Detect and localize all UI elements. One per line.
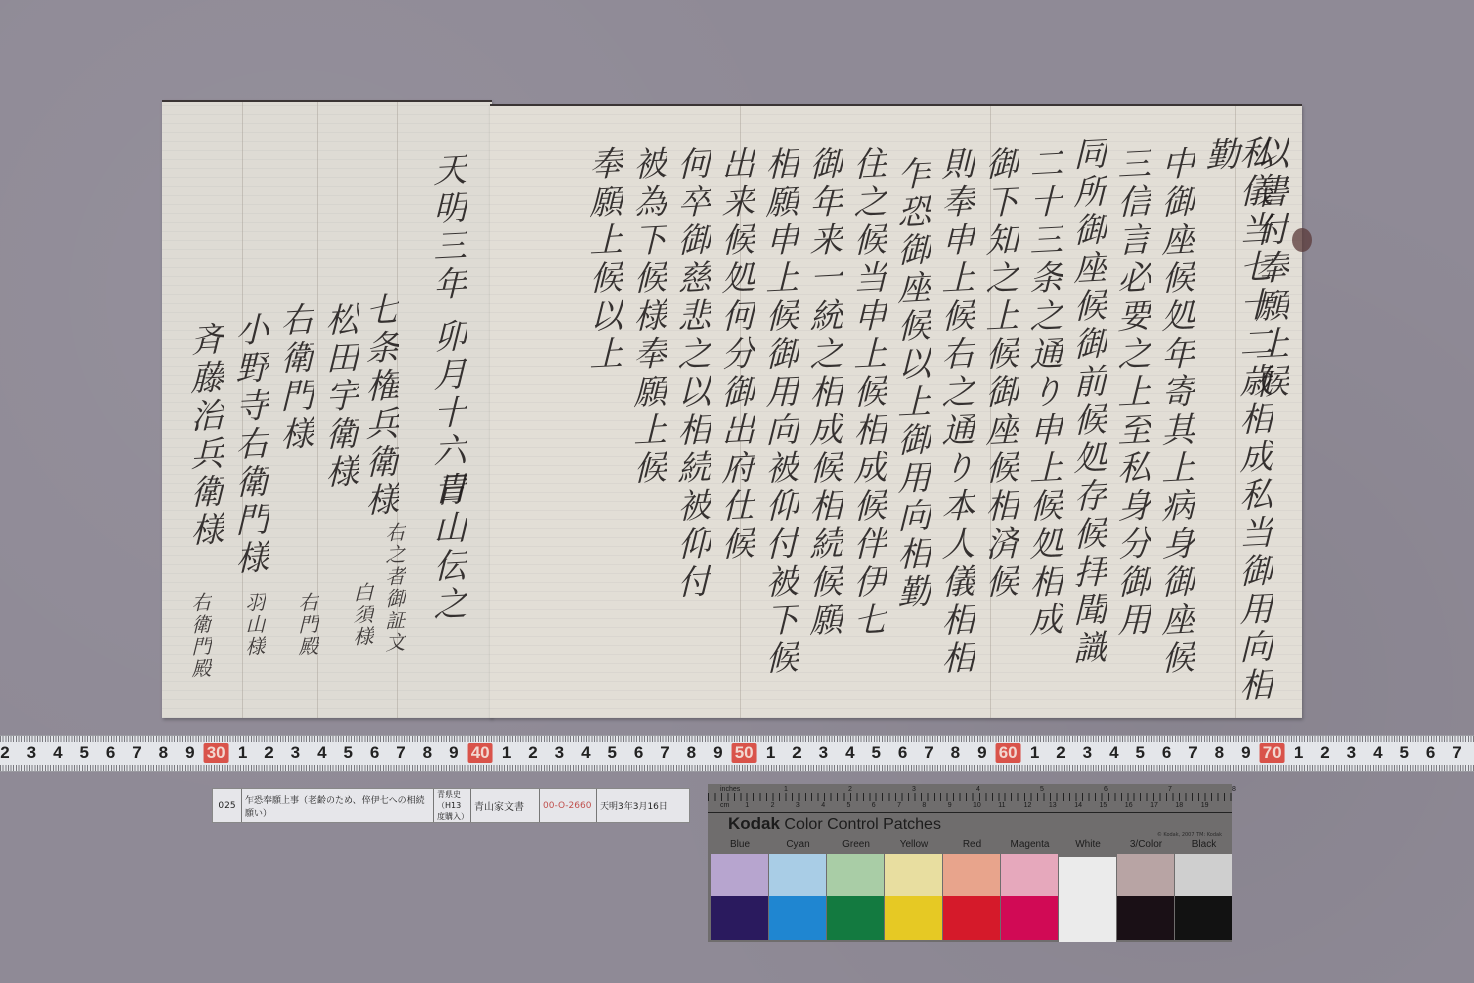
document-text-column: 三信言必要之上至私身分御用 bbox=[1114, 145, 1148, 641]
catalog-date: 天明3年3月16日 bbox=[597, 789, 689, 822]
color-patch-light bbox=[711, 854, 768, 896]
cm-tick: 6 bbox=[872, 802, 876, 809]
ruler-number: 1 bbox=[502, 743, 511, 763]
cm-tick: 14 bbox=[1074, 802, 1082, 809]
ruler-number: 2 bbox=[1320, 743, 1329, 763]
ruler-number: 6 bbox=[106, 743, 115, 763]
patch-label: Blue bbox=[711, 839, 769, 850]
document-text-column: 二十三条之通り申上候処相成 bbox=[1026, 145, 1060, 641]
ruler-number: 40 bbox=[468, 743, 493, 763]
ruler-number: 5 bbox=[1135, 743, 1144, 763]
cm-tick: 15 bbox=[1100, 802, 1108, 809]
cm-tick: 4 bbox=[821, 802, 825, 809]
ruler-number: 4 bbox=[845, 743, 854, 763]
ruler-number: 2 bbox=[792, 743, 801, 763]
patch-label: Magenta bbox=[1001, 839, 1059, 850]
inch-tick: 2 bbox=[848, 786, 852, 793]
ruler-number: 2 bbox=[528, 743, 537, 763]
ruler-number: 1 bbox=[766, 743, 775, 763]
document-date-column: 天明三年 卯月十六日 bbox=[430, 151, 464, 510]
document-sheet-left: 天明三年 卯月十六日 青山伝之 七条権兵衛様 松田宇衛様 右衛門様 小野寺右衛門… bbox=[162, 100, 492, 718]
addressee: 右衛門様 bbox=[277, 301, 311, 455]
ruler-number: 8 bbox=[159, 743, 168, 763]
ruler-number: 9 bbox=[713, 743, 722, 763]
ruler-number: 7 bbox=[396, 743, 405, 763]
ruler-number: 3 bbox=[291, 743, 300, 763]
color-patch-dark bbox=[827, 896, 884, 940]
document-text-column: 乍恐御座候以上御用向相勤 bbox=[894, 155, 928, 613]
catalog-label: 025 乍恐奉願上事（老齢のため、倅伊七への相続願い） 青県史（H13度購入） … bbox=[212, 788, 690, 823]
color-patch-light bbox=[885, 854, 942, 896]
cm-tick: 1 bbox=[745, 802, 749, 809]
patch-label: Green bbox=[827, 839, 885, 850]
inch-tick: 8 bbox=[1232, 786, 1236, 793]
ruler-number: 6 bbox=[370, 743, 379, 763]
cm-tick: 18 bbox=[1175, 802, 1183, 809]
cm-tick: 3 bbox=[796, 802, 800, 809]
ruler-number: 6 bbox=[1162, 743, 1171, 763]
color-patch-dark bbox=[1117, 896, 1174, 940]
kodak-color-chart: inches12345678cm123456789101112131415161… bbox=[708, 784, 1232, 942]
ruler-number: 4 bbox=[581, 743, 590, 763]
addressee-note: 右之者御証文 bbox=[384, 521, 404, 654]
document-text-column: 奉願上候以上 bbox=[586, 145, 620, 375]
addressee: 小野寺右衛門様 bbox=[232, 311, 266, 579]
addressee: 七条権兵衛様 bbox=[362, 291, 396, 521]
ruler-number: 5 bbox=[871, 743, 880, 763]
cm-tick: cm bbox=[720, 802, 729, 809]
kodak-brand: Kodak bbox=[728, 814, 780, 833]
color-patch-light bbox=[1117, 854, 1174, 896]
ruler-number: 50 bbox=[732, 743, 757, 763]
ruler-number: 6 bbox=[634, 743, 643, 763]
addressee-note: 白須様 bbox=[352, 581, 372, 648]
patch-label: Cyan bbox=[769, 839, 827, 850]
ink-stain bbox=[1292, 228, 1312, 252]
cm-tick: 19 bbox=[1201, 802, 1209, 809]
document-text-column: 相願申上候御用向被仰付被下候 bbox=[762, 145, 796, 679]
inch-tick: 1 bbox=[784, 786, 788, 793]
ruler-number: 9 bbox=[977, 743, 986, 763]
color-patch-light bbox=[769, 854, 826, 896]
catalog-id: 00-O-2660 bbox=[540, 789, 597, 822]
ruler-number: 3 bbox=[555, 743, 564, 763]
catalog-collection: 青県史（H13度購入） bbox=[434, 789, 471, 822]
historical-document: 天明三年 卯月十六日 青山伝之 七条権兵衛様 松田宇衛様 右衛門様 小野寺右衛門… bbox=[162, 100, 1302, 720]
ruler-number: 7 bbox=[132, 743, 141, 763]
ruler-number: 5 bbox=[607, 743, 616, 763]
color-patch-dark bbox=[769, 896, 826, 940]
ruler-number: 5 bbox=[79, 743, 88, 763]
cm-tick: 13 bbox=[1049, 802, 1057, 809]
ruler-number: 3 bbox=[27, 743, 36, 763]
ruler-number: 9 bbox=[1241, 743, 1250, 763]
kodak-scale: inches12345678cm123456789101112131415161… bbox=[708, 784, 1232, 813]
ruler-number: 2 bbox=[264, 743, 273, 763]
document-text-column: 出来候処何分御出府仕候 bbox=[718, 145, 752, 565]
patch-label: Yellow bbox=[885, 839, 943, 850]
color-patch-dark bbox=[1175, 896, 1232, 940]
ruler-number: 1 bbox=[238, 743, 247, 763]
cm-tick: 9 bbox=[948, 802, 952, 809]
color-patch-light bbox=[1175, 854, 1232, 896]
measuring-ruler: 2345678930123456789401234567895012345678… bbox=[0, 735, 1474, 772]
ruler-number: 7 bbox=[1188, 743, 1197, 763]
color-patch-dark bbox=[1001, 896, 1058, 940]
cm-tick: 12 bbox=[1024, 802, 1032, 809]
cm-tick: 17 bbox=[1150, 802, 1158, 809]
document-text-column: 御年来一統之相成候相続候願 bbox=[806, 145, 840, 641]
ruler-number: 8 bbox=[1215, 743, 1224, 763]
document-text-column: 住之候当申上候相成候伴伊七 bbox=[850, 145, 884, 641]
document-sheet-right: 以書付奉願上候 私儀当七十二歳相成私当御用向相勤 中御座候処年寄其上病身御座候 … bbox=[490, 104, 1302, 718]
color-patch-dark bbox=[885, 896, 942, 940]
ruler-number: 4 bbox=[317, 743, 326, 763]
cm-tick: 8 bbox=[922, 802, 926, 809]
document-text-column: 則奉申上候右之通り本人儀相相 bbox=[938, 145, 972, 679]
cm-tick: 7 bbox=[897, 802, 901, 809]
ruler-number: 9 bbox=[449, 743, 458, 763]
ruler-number: 30 bbox=[204, 743, 229, 763]
color-patch-dark bbox=[943, 896, 1000, 940]
inch-tick: inches bbox=[720, 786, 740, 793]
inch-tick: 7 bbox=[1168, 786, 1172, 793]
color-patch-light bbox=[1001, 854, 1058, 896]
cm-tick: 11 bbox=[998, 802, 1005, 809]
catalog-source: 青山家文書 bbox=[471, 789, 540, 822]
color-patch-light bbox=[943, 854, 1000, 896]
ruler-number: 6 bbox=[1426, 743, 1435, 763]
document-text-column: 中御座候処年寄其上病身御座候 bbox=[1158, 145, 1192, 679]
cm-tick: 16 bbox=[1125, 802, 1133, 809]
color-patch-white bbox=[1059, 857, 1116, 942]
color-patch-dark bbox=[711, 896, 768, 940]
catalog-number: 025 bbox=[213, 789, 242, 822]
patch-label: Black bbox=[1175, 839, 1233, 850]
ruler-number: 3 bbox=[1347, 743, 1356, 763]
inch-tick: 4 bbox=[976, 786, 980, 793]
patch-label: Red bbox=[943, 839, 1001, 850]
ruler-number: 2 bbox=[1056, 743, 1065, 763]
color-patch-light bbox=[827, 854, 884, 896]
ruler-number: 1 bbox=[1294, 743, 1303, 763]
catalog-title: 乍恐奉願上事（老齢のため、倅伊七への相続願い） bbox=[242, 789, 434, 822]
cm-tick: 2 bbox=[771, 802, 775, 809]
kodak-chart-name: Color Control Patches bbox=[784, 816, 941, 833]
ruler-number: 9 bbox=[185, 743, 194, 763]
ruler-number: 2 bbox=[0, 743, 9, 763]
addressee-note: 右門殿 bbox=[297, 591, 317, 658]
ruler-number: 5 bbox=[1399, 743, 1408, 763]
ruler-number: 4 bbox=[53, 743, 62, 763]
ruler-number: 70 bbox=[1260, 743, 1285, 763]
inch-tick: 3 bbox=[912, 786, 916, 793]
document-text-column: 同所御座候御前候処存候拝聞識 bbox=[1070, 135, 1104, 669]
cm-tick: 10 bbox=[973, 802, 981, 809]
ruler-number: 4 bbox=[1373, 743, 1382, 763]
ruler-number: 8 bbox=[951, 743, 960, 763]
addressee-note: 右衛門殿 bbox=[190, 591, 210, 680]
ruler-number: 1 bbox=[1030, 743, 1039, 763]
ruler-number: 8 bbox=[423, 743, 432, 763]
ruler-number: 7 bbox=[660, 743, 669, 763]
addressee: 松田宇衛様 bbox=[322, 301, 356, 493]
patch-labels: BlueCyanGreenYellowRedMagentaWhite3/Colo… bbox=[708, 839, 1232, 851]
kodak-copyright: © Kodak, 2007 TM: Kodak bbox=[1157, 832, 1222, 838]
ruler-number: 4 bbox=[1109, 743, 1118, 763]
patch-label: 3/Color bbox=[1117, 839, 1175, 850]
kodak-title: Kodak Color Control Patches bbox=[728, 814, 941, 834]
document-text-column: 御下知之上候御座候相済候 bbox=[982, 145, 1016, 603]
ruler-number: 6 bbox=[898, 743, 907, 763]
ruler-number: 8 bbox=[687, 743, 696, 763]
document-text-column: 被為下候様奉願上候 bbox=[630, 145, 664, 489]
ruler-number: 3 bbox=[819, 743, 828, 763]
ruler-number: 3 bbox=[1083, 743, 1092, 763]
inch-tick: 5 bbox=[1040, 786, 1044, 793]
document-text-column: 何卒御慈悲之以相続被仰付 bbox=[674, 145, 708, 603]
addressee-note: 羽山様 bbox=[244, 591, 264, 658]
ruler-number: 7 bbox=[1452, 743, 1461, 763]
addressee: 斉藤治兵衛様 bbox=[187, 321, 221, 551]
ruler-number: 7 bbox=[924, 743, 933, 763]
document-text-column: 私儀当七十二歳相成私当御用向相勤 bbox=[1202, 134, 1270, 720]
inch-tick: 6 bbox=[1104, 786, 1108, 793]
ruler-number: 5 bbox=[343, 743, 352, 763]
ruler-number: 60 bbox=[996, 743, 1021, 763]
document-author: 青山伝之 bbox=[430, 471, 464, 625]
patch-label: White bbox=[1059, 839, 1117, 850]
cm-tick: 5 bbox=[847, 802, 851, 809]
